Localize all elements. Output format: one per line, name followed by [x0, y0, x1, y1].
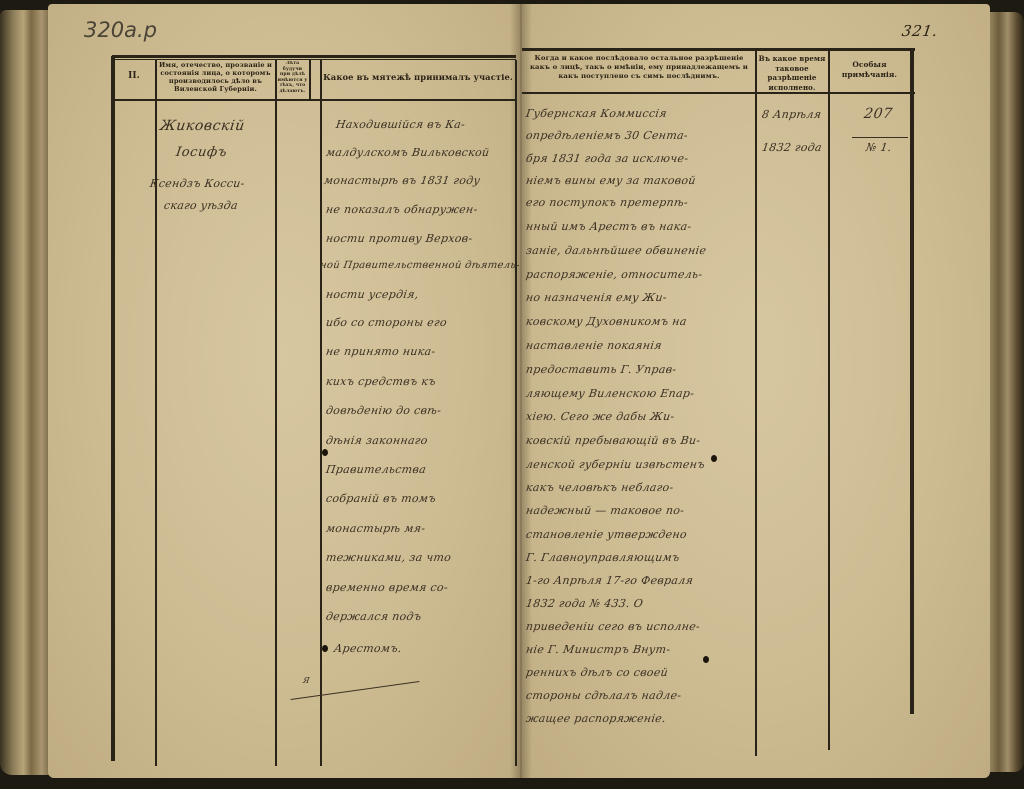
header-col-remarks: Особыя примѣчанія.: [830, 60, 909, 80]
binding-hole: [711, 455, 717, 462]
entry-name-line-3: Ксендзъ Косси-: [149, 177, 246, 190]
participation-line: дѣнія законнаго: [325, 434, 429, 447]
resolution-line: предоставить Г. Управ-: [525, 363, 677, 376]
participation-line: тежниками, за что: [325, 551, 452, 564]
entry-name-line-1: Жиковскій: [159, 118, 246, 134]
resolution-line: надежный — таковое по-: [525, 504, 685, 517]
executed-date-line-1: 8 Апрѣля: [761, 108, 822, 121]
resolution-line: какъ человѣкъ неблаго-: [525, 481, 674, 494]
entry-name-line-4: скаго уѣзда: [163, 199, 239, 212]
resolution-line: наставленіе покаянія: [525, 339, 663, 352]
binding-hole: [322, 449, 328, 456]
resolution-line: ленской губерніи извѣстенъ: [525, 458, 706, 471]
remarks-number: 207: [863, 106, 894, 122]
header-col-number: II.: [114, 72, 154, 81]
header-col-participation: Какое въ мятежѣ принималъ участіе.: [322, 73, 514, 82]
right-col-divider-1: [755, 50, 757, 756]
left-col-divider-5: [515, 60, 517, 766]
left-header-bottom-rule: [112, 99, 516, 101]
resolution-line: стороны сдѣлалъ надле-: [525, 689, 682, 702]
resolution-line: опредѣленіемъ 30 Сента-: [525, 129, 689, 142]
entry-name-line-2: Іосифъ: [175, 145, 228, 160]
resolution-line: 1832 года № 433. О: [525, 597, 644, 610]
resolution-line: нный имъ Арестъ въ нака-: [525, 220, 692, 233]
resolution-line: приведеніи сего въ исполне-: [525, 620, 701, 633]
book-edge-right: [988, 12, 1024, 772]
resolution-line: Г. Главноуправляющимъ: [525, 551, 681, 564]
remarks-ref: № 1.: [865, 141, 892, 154]
header-col-resolution: Когда и какое послѣдовало остальное разр…: [524, 54, 754, 81]
binding-hole: [703, 656, 709, 663]
participation-line: держался подъ: [325, 610, 422, 623]
participation-line: ности усердія,: [325, 288, 419, 301]
participation-line: временно время со-: [325, 581, 449, 594]
right-col-divider-2: [828, 50, 830, 750]
participation-line: ной Правительственной дѣятель-: [319, 260, 520, 271]
left-header-top-rule: [112, 55, 516, 58]
participation-line: собраній въ томъ: [325, 492, 437, 505]
right-header-top-rule: [522, 48, 915, 51]
header-col-executed: Въ какое время таковое разрѣшеніе исполн…: [757, 54, 827, 92]
resolution-line: Губернская Коммиссія: [525, 107, 668, 120]
pencil-folio-number: 320a.p: [84, 18, 157, 42]
participation-line: ибо со стороны его: [325, 316, 448, 329]
remarks-divider: [852, 137, 908, 138]
participation-line: Арестомъ.: [333, 642, 403, 655]
resolution-line: ковскій пребывающій въ Ви-: [525, 434, 701, 447]
right-outer-border: [910, 50, 914, 714]
resolution-line: реннихъ дѣлъ со своей: [525, 666, 669, 679]
left-col-divider-1: [155, 60, 157, 766]
book-edge-left: [0, 10, 52, 775]
participation-line: ности противу Верхов-: [325, 232, 473, 245]
right-header-bottom-rule: [522, 92, 915, 94]
participation-line: Правительства: [325, 463, 427, 476]
resolution-line: ковскому Духовникомъ на: [525, 315, 687, 328]
header-col-name: Имя, отечество, прозваніе и состоянія ли…: [157, 61, 274, 93]
participation-line: кихъ средствъ къ: [325, 375, 437, 388]
resolution-line: хіею. Сего же дабы Жи-: [525, 410, 675, 423]
participation-line: малдулскомъ Вильковской: [325, 146, 490, 159]
page-number: 321.: [901, 22, 939, 40]
resolution-line: становленіе утверждено: [525, 528, 688, 541]
left-col-divider-3: [309, 60, 311, 100]
resolution-line: распоряженіе, относитель-: [525, 268, 703, 281]
margin-mark: Я: [302, 676, 310, 685]
resolution-line: его поступокъ претерпѣ-: [525, 196, 689, 209]
header-col-narrow: Лѣта будучи при дѣлѣ имѣются у тѣхъ, что…: [277, 61, 308, 99]
participation-line: довѣденію до свѣ-: [325, 404, 442, 417]
left-col-divider-2: [275, 60, 277, 766]
executed-date-line-2: 1832 года: [761, 141, 823, 154]
participation-line: не показалъ обнаружен-: [325, 203, 478, 216]
participation-line: Находившійся въ Ка-: [335, 118, 466, 131]
resolution-line: заніе, дальнѣйшее обвиненіе: [525, 244, 707, 257]
resolution-line: ніе Г. Министръ Внут-: [525, 643, 671, 656]
resolution-line: 1-го Апрѣля 17-го Февраля: [525, 574, 694, 587]
left-outer-border: [111, 56, 115, 761]
resolution-line: ляющему Виленскою Епар-: [525, 387, 695, 400]
participation-line: монастырѣ мя-: [325, 522, 426, 535]
resolution-line: бря 1831 года за исключе-: [525, 152, 689, 165]
binding-hole: [322, 645, 328, 652]
resolution-line: ніемъ вины ему за таковой: [525, 174, 697, 187]
resolution-line: жащее распоряженіе.: [525, 712, 667, 725]
open-book: 320a.p 321. II. Имя, отечество, прозвані…: [0, 0, 1024, 789]
resolution-line: но назначенія ему Жи-: [525, 291, 668, 304]
left-col-divider-4: [320, 60, 322, 766]
participation-line: монастырѣ въ 1831 году: [323, 174, 481, 187]
left-header-top-rule-thin: [112, 59, 516, 60]
participation-line: не принято ника-: [325, 345, 436, 358]
